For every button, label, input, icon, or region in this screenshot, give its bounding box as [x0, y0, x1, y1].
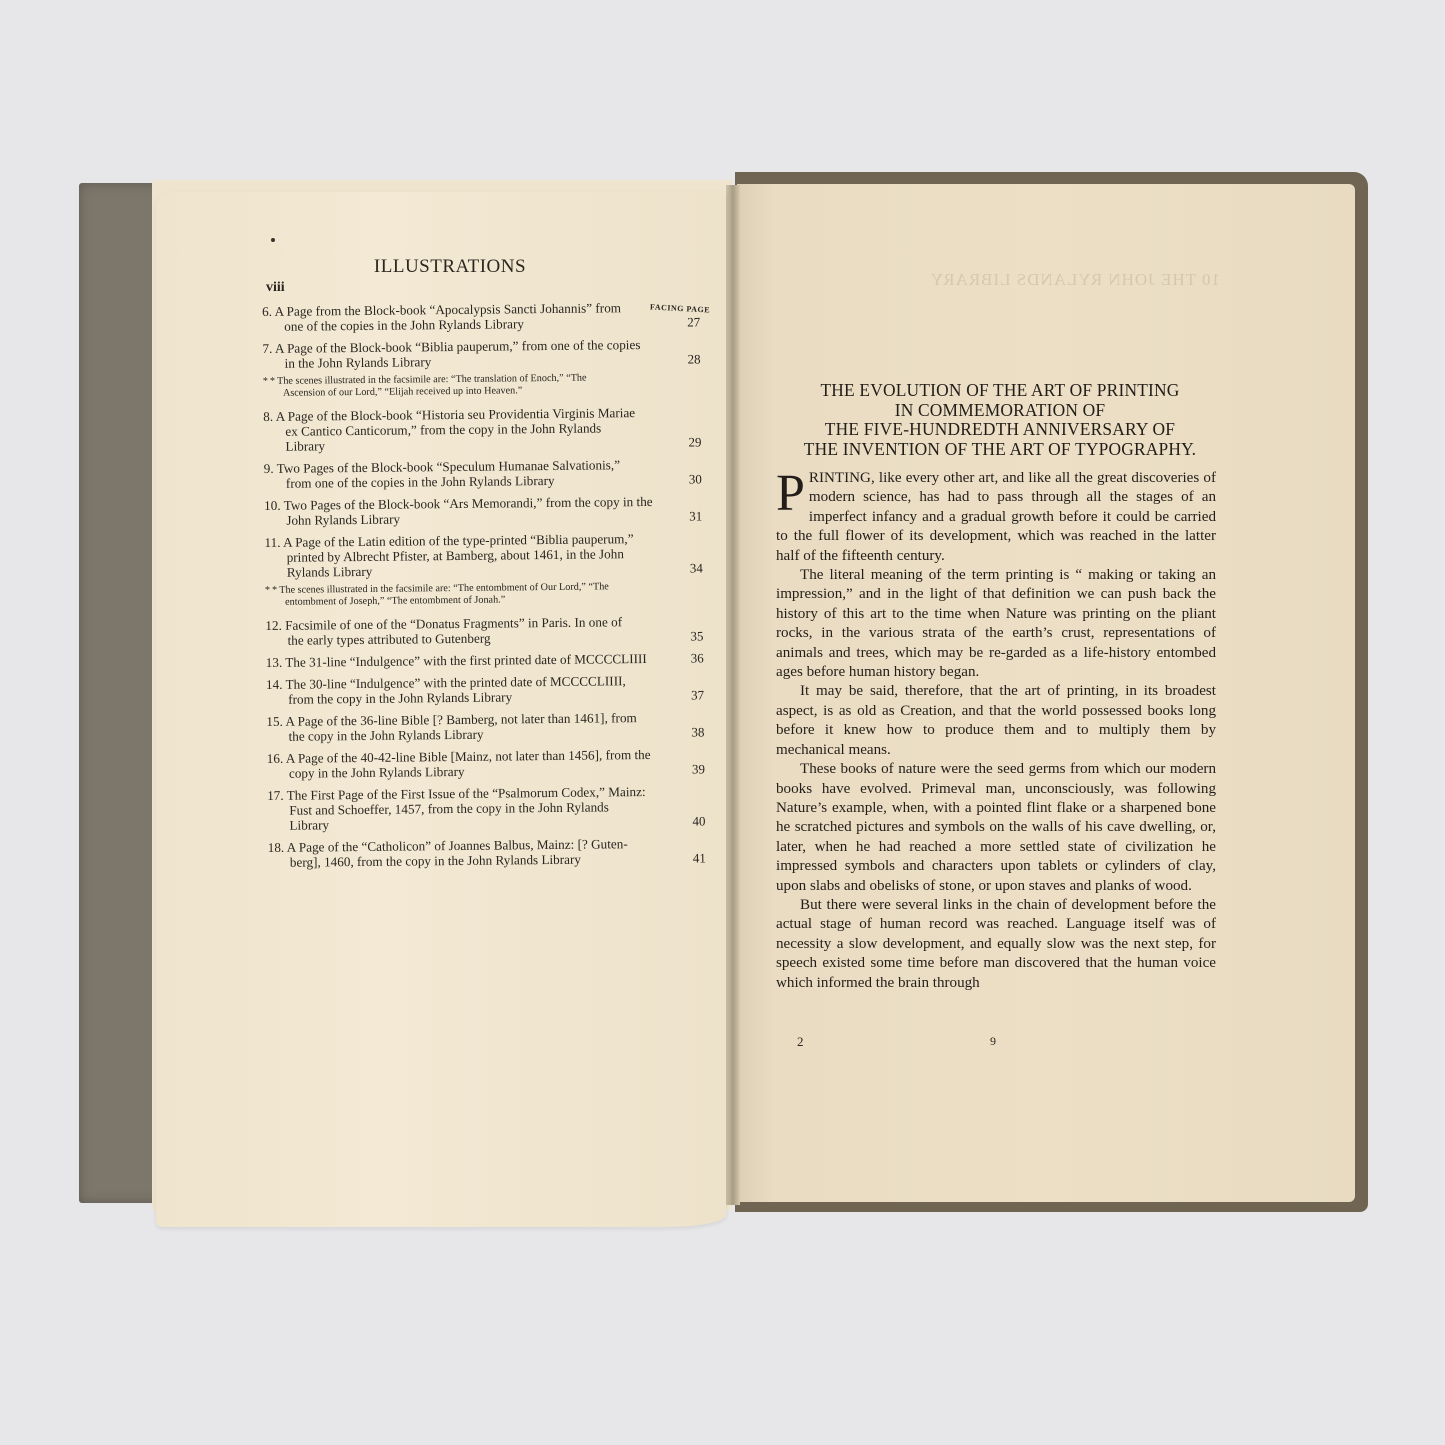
entry-continuation-line: Library — [267, 814, 675, 833]
chapter-title-line: THE FIVE-HUNDREDTH ANNIVERSARY OF — [775, 420, 1225, 440]
paragraph: It may be said, therefore, that the art … — [776, 682, 1216, 760]
illustrations-list: 6. A Page from the Block-book “Apocalyps… — [262, 299, 708, 877]
entry-continuation-line: one of the copies in the John Rylands Li… — [262, 315, 670, 334]
entry-continuation-line: Library — [263, 435, 671, 454]
chapter-title: THE EVOLUTION OF THE ART OF PRINTING IN … — [775, 381, 1225, 459]
facsimile-note: * * The scenes illustrated in the facsim… — [263, 371, 703, 400]
body-text: PRINTING, like every other art, and like… — [776, 469, 1216, 993]
entry-title-line: 13. The 31-line “Indulgence” with the fi… — [266, 651, 674, 670]
entry-continuation-line: berg], 1460, from the copy in the John R… — [268, 851, 676, 870]
entry-continuation-line: the copy in the John Rylands Library — [266, 725, 674, 744]
facing-page-number: 28 — [688, 351, 701, 366]
entry-number: 16. — [267, 751, 284, 766]
book-gutter — [726, 185, 740, 1205]
entry-continuation-line: in the John Rylands Library — [263, 352, 671, 371]
illustration-entry: 17. The First Page of the First Issue of… — [267, 783, 707, 833]
facing-page-number: 39 — [692, 761, 705, 776]
entry-number: 9. — [264, 461, 274, 476]
paragraph: These books of nature were the seed germ… — [776, 760, 1216, 896]
illustration-entry: 15. A Page of the 36-line Bible [? Bambe… — [266, 709, 706, 744]
entry-number: 8. — [263, 409, 273, 424]
illustration-entry: 7. A Page of the Block-book “Biblia paup… — [262, 336, 702, 371]
facing-page-number: 36 — [691, 650, 704, 665]
paragraph: PRINTING, like every other art, and like… — [776, 469, 1216, 566]
entry-number: 15. — [266, 714, 283, 729]
illustration-entry: 9. Two Pages of the Block-book “Speculum… — [264, 456, 704, 491]
entry-number: 7. — [262, 341, 272, 356]
entry-number: 11. — [264, 535, 280, 550]
open-book: ILLUSTRATIONS viii FACING PAGE 6. A Page… — [0, 0, 1445, 1445]
facing-page-number: 40 — [692, 813, 705, 828]
entry-continuation-line: copy in the John Rylands Library — [267, 762, 675, 781]
illustration-entry: 14. The 30-line “Indulgence” with the pr… — [266, 672, 706, 707]
printer-mark — [271, 238, 275, 242]
entry-number: 18. — [268, 840, 285, 855]
page-number: viii — [266, 280, 285, 296]
entry-continuation-line: the early types attributed to Gutenberg — [265, 629, 673, 648]
facing-page-number: 37 — [691, 687, 704, 702]
entry-number: 14. — [266, 677, 283, 692]
chapter-title-line: THE INVENTION OF THE ART OF TYPOGRAPHY. — [775, 440, 1225, 460]
entry-number: 12. — [265, 618, 282, 633]
entry-number: 10. — [264, 498, 281, 513]
entry-continuation-line: Rylands Library — [265, 561, 673, 580]
entry-continuation-line: from one of the copies in the John Rylan… — [264, 472, 672, 491]
facing-page-number: 38 — [691, 724, 704, 739]
entry-number: 13. — [266, 655, 283, 670]
facing-page-number: 34 — [690, 560, 703, 575]
illustration-entry: 10. Two Pages of the Block-book “Ars Mem… — [264, 493, 704, 528]
entry-number: 17. — [267, 788, 284, 803]
facing-page-number: 41 — [693, 850, 706, 865]
page-title: ILLUSTRATIONS — [300, 256, 600, 278]
chapter-title-line: THE EVOLUTION OF THE ART OF PRINTING — [775, 381, 1225, 401]
signature-mark: 2 — [797, 1034, 804, 1050]
chapter-title-line: IN COMMEMORATION OF — [775, 401, 1225, 421]
illustration-entry: 6. A Page from the Block-book “Apocalyps… — [262, 299, 702, 334]
bleed-through-header: 10 THE JOHN RYLANDS LIBRARY — [770, 270, 1220, 290]
illustration-entry: 8. A Page of the Block-book “Historia se… — [263, 404, 703, 454]
facing-page-number: 30 — [689, 471, 702, 486]
paragraph: The literal meaning of the term printing… — [776, 566, 1216, 682]
facing-page-number: 31 — [689, 508, 702, 523]
facsimile-note: * * The scenes illustrated in the facsim… — [265, 580, 705, 609]
facing-page-number: 27 — [687, 314, 700, 329]
illustration-entry: 18. A Page of the “Catholicon” of Joanne… — [268, 835, 708, 870]
entry-continuation-line: from the copy in the John Rylands Librar… — [266, 688, 674, 707]
drop-cap: P — [776, 471, 805, 515]
folio-number: 9 — [990, 1034, 996, 1049]
illustration-entry: 11. A Page of the Latin edition of the t… — [264, 530, 704, 580]
illustration-entry: 16. A Page of the 40-42-line Bible [Main… — [267, 746, 707, 781]
facing-page-number: 29 — [688, 434, 701, 449]
facing-page-number: 35 — [690, 628, 703, 643]
illustration-entry: 12. Facsimile of one of the “Donatus Fra… — [265, 613, 705, 648]
entry-number: 6. — [262, 304, 272, 319]
entry-continuation-line: John Rylands Library — [264, 509, 672, 528]
paragraph: But there were several links in the chai… — [776, 896, 1216, 993]
illustration-entry: 13. The 31-line “Indulgence” with the fi… — [266, 650, 706, 670]
